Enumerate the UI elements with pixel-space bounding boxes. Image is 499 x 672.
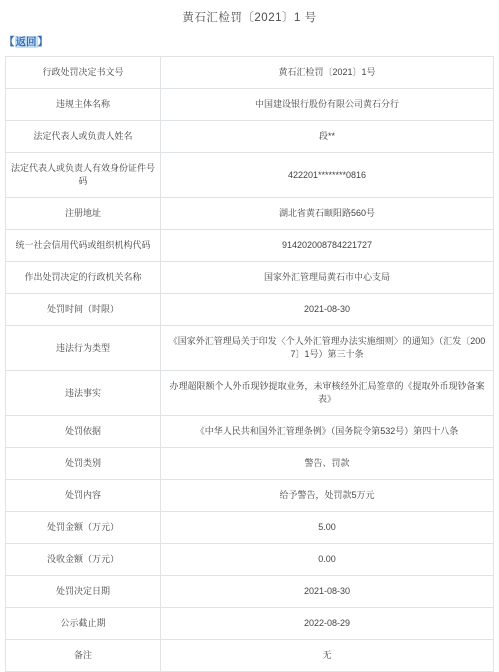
row-label: 违规主体名称 (6, 89, 161, 121)
row-value: 段** (161, 121, 494, 153)
penalty-disclosure-page: 黄石汇检罚〔2021〕1 号 【返回】 行政处罚决定书文号 黄石汇检罚〔2021… (0, 0, 499, 672)
penalty-table: 行政处罚决定书文号 黄石汇检罚〔2021〕1号 违规主体名称 中国建设银行股份有… (5, 56, 494, 672)
row-label: 统一社会信用代码或组织机构代码 (6, 230, 161, 262)
table-row: 注册地址 湖北省黄石颐阳路560号 (6, 198, 494, 230)
row-label: 处罚时间（时限） (6, 294, 161, 326)
page-title: 黄石汇检罚〔2021〕1 号 (0, 0, 499, 25)
table-row: 处罚决定日期 2021-08-30 (6, 576, 494, 608)
table-row: 备注 无 (6, 640, 494, 672)
row-value: 2021-08-30 (161, 576, 494, 608)
row-value: 国家外汇管理局黄石市中心支局 (161, 262, 494, 294)
row-label: 法定代表人或负责人姓名 (6, 121, 161, 153)
row-value: 2021-08-30 (161, 294, 494, 326)
table-row: 统一社会信用代码或组织机构代码 914202008784221727 (6, 230, 494, 262)
table-row: 处罚依据 《中华人民共和国外汇管理条例》（国务院令第532号）第四十八条 (6, 416, 494, 448)
row-label: 处罚决定日期 (6, 576, 161, 608)
row-value: 5.00 (161, 512, 494, 544)
row-value: 《国家外汇管理局关于印发〈个人外汇管理办法实施细则〉的通知》（汇发〔2007〕1… (161, 326, 494, 371)
row-label: 备注 (6, 640, 161, 672)
row-label: 注册地址 (6, 198, 161, 230)
row-label: 处罚内容 (6, 480, 161, 512)
row-value: 给予警告，处罚款5万元 (161, 480, 494, 512)
row-label: 行政处罚决定书文号 (6, 57, 161, 89)
table-row: 处罚时间（时限） 2021-08-30 (6, 294, 494, 326)
row-value: 《中华人民共和国外汇管理条例》（国务院令第532号）第四十八条 (161, 416, 494, 448)
table-row: 违法行为类型 《国家外汇管理局关于印发〈个人外汇管理办法实施细则〉的通知》（汇发… (6, 326, 494, 371)
table-row: 没收金额（万元） 0.00 (6, 544, 494, 576)
table-row: 处罚类别 警告、罚款 (6, 448, 494, 480)
row-label: 违法事实 (6, 371, 161, 416)
row-value: 无 (161, 640, 494, 672)
row-label: 处罚依据 (6, 416, 161, 448)
back-bracket-open: 【 (4, 36, 15, 48)
table-row: 法定代表人或负责人有效身份证件号码 422201********0816 (6, 153, 494, 198)
row-label: 违法行为类型 (6, 326, 161, 371)
penalty-table-body: 行政处罚决定书文号 黄石汇检罚〔2021〕1号 违规主体名称 中国建设银行股份有… (6, 57, 494, 672)
table-row: 处罚内容 给予警告，处罚款5万元 (6, 480, 494, 512)
row-value: 办理超限额个人外币现钞提取业务，未审核经外汇局签章的《提取外币现钞备案表》 (161, 371, 494, 416)
table-row: 法定代表人或负责人姓名 段** (6, 121, 494, 153)
row-value: 422201********0816 (161, 153, 494, 198)
row-value: 黄石汇检罚〔2021〕1号 (161, 57, 494, 89)
table-row: 违规主体名称 中国建设银行股份有限公司黄石分行 (6, 89, 494, 121)
row-label: 法定代表人或负责人有效身份证件号码 (6, 153, 161, 198)
back-bracket-close: 】 (38, 36, 49, 48)
table-row: 违法事实 办理超限额个人外币现钞提取业务，未审核经外汇局签章的《提取外币现钞备案… (6, 371, 494, 416)
row-value: 中国建设银行股份有限公司黄石分行 (161, 89, 494, 121)
row-label: 处罚金额（万元） (6, 512, 161, 544)
row-value: 914202008784221727 (161, 230, 494, 262)
row-label: 公示截止期 (6, 608, 161, 640)
row-label: 没收金额（万元） (6, 544, 161, 576)
row-value: 0.00 (161, 544, 494, 576)
table-row: 公示截止期 2022-08-29 (6, 608, 494, 640)
row-value: 警告、罚款 (161, 448, 494, 480)
row-value: 湖北省黄石颐阳路560号 (161, 198, 494, 230)
row-label: 处罚类别 (6, 448, 161, 480)
table-row: 行政处罚决定书文号 黄石汇检罚〔2021〕1号 (6, 57, 494, 89)
row-label: 作出处罚决定的行政机关名称 (6, 262, 161, 294)
table-row: 作出处罚决定的行政机关名称 国家外汇管理局黄石市中心支局 (6, 262, 494, 294)
back-label: 返回 (15, 36, 38, 48)
back-link[interactable]: 【返回】 (4, 34, 48, 49)
table-row: 处罚金额（万元） 5.00 (6, 512, 494, 544)
row-value: 2022-08-29 (161, 608, 494, 640)
